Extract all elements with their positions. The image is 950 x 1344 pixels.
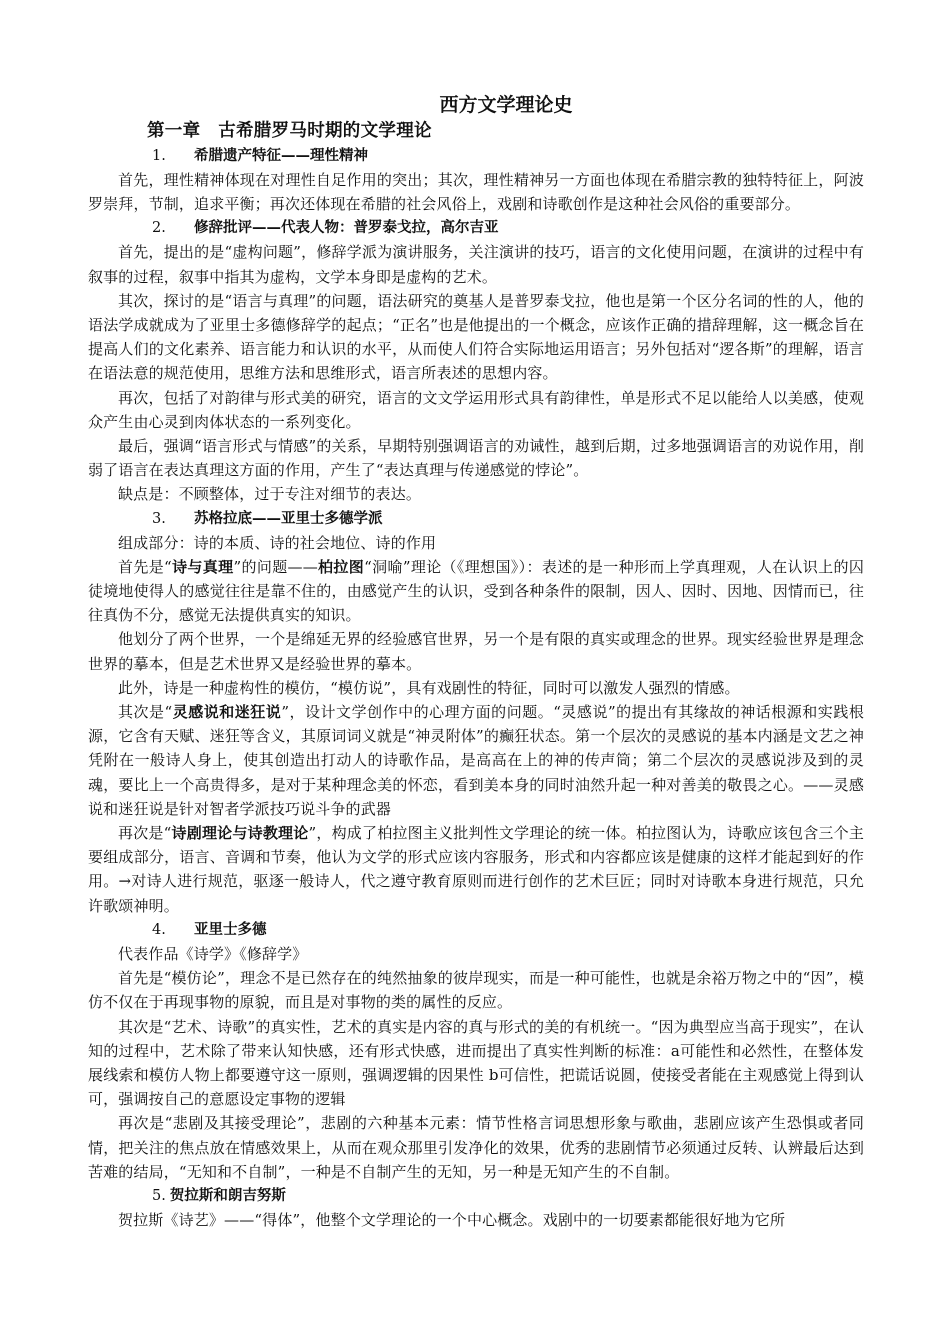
chapter-heading: 第一章 古希腊罗马时期的文学理论 (147, 118, 864, 144)
body-paragraph: 其次是“艺术、诗歌”的真实性，艺术的真实是内容的真与形式的美的有机统一。“因为典… (88, 1015, 864, 1112)
section-title: 修辞批评——代表人物：普罗泰戈拉，高尔吉亚 (194, 220, 499, 236)
body-paragraph: 再次是“悲剧及其接受理论”，悲剧的六种基本元素：情节性格言词思想形象与歌曲，悲剧… (88, 1111, 864, 1184)
section-heading: 4.亚里士多德 (152, 918, 864, 942)
section-title: 苏格拉底——亚里士多德学派 (194, 511, 383, 527)
body-paragraph: 贺拉斯《诗艺》——“得体”，他整个文学理论的一个中心概念。戏剧中的一切要素都能很… (88, 1208, 864, 1232)
document-page: 西方文学理论史 第一章 古希腊罗马时期的文学理论 1.希腊遗产特征——理性精神首… (88, 90, 864, 1232)
section-heading: 1.希腊遗产特征——理性精神 (152, 144, 864, 168)
body-paragraph: 首先是“模仿论”，理念不是已然存在的纯然抽象的彼岸现实，而是一种可能性，也就是余… (88, 966, 864, 1014)
section-title: 贺拉斯和朗吉努斯 (170, 1188, 286, 1204)
section-heading: 3.苏格拉底——亚里士多德学派 (152, 507, 864, 531)
body-paragraph: 再次，包括了对韵律与形式美的研究，语言的文文学运用形式具有韵律性，单是形式不足以… (88, 386, 864, 434)
sections-container: 1.希腊遗产特征——理性精神首先，理性精神体现在对理性自足作用的突出；其次，理性… (88, 144, 864, 1232)
emphasis-term: 柏拉图 (318, 558, 364, 576)
body-paragraph: 缺点是：不顾整体，过于专注对细节的表达。 (88, 482, 864, 506)
body-paragraph: 他划分了两个世界，一个是绵延无界的经验感官世界，另一个是有限的真实或理念的世界。… (88, 627, 864, 675)
body-paragraph: 其次，探讨的是“语言与真理”的问题，语法研究的奠基人是普罗泰戈拉，他也是第一个区… (88, 289, 864, 386)
emphasis-term: 诗与真理 (172, 558, 234, 576)
section-number: 2. (152, 216, 194, 240)
body-paragraph: 首先，理性精神体现在对理性自足作用的突出；其次，理性精神另一方面也体现在希腊宗教… (88, 168, 864, 216)
body-paragraph: 此外，诗是一种虚构性的模仿，“模仿说”，具有戏剧性的特征，同时可以激发人强烈的情… (88, 676, 864, 700)
emphasis-term: 诗剧理论与诗教理论 (171, 824, 308, 842)
section-number: 3. (152, 507, 194, 531)
body-paragraph: 最后，强调“语言形式与情感”的关系，早期特别强调语言的劝诫性，越到后期，过多地强… (88, 434, 864, 482)
section-number: 1. (152, 144, 194, 168)
section-number: 5. (152, 1184, 166, 1208)
section-heading: 2.修辞批评——代表人物：普罗泰戈拉，高尔吉亚 (152, 216, 864, 240)
section-number: 4. (152, 918, 194, 942)
body-paragraph: 组成部分：诗的本质、诗的社会地位、诗的作用 (88, 531, 864, 555)
body-paragraph: 再次是“诗剧理论与诗教理论”，构成了柏拉图主义批判性文学理论的统一体。柏拉图认为… (88, 821, 864, 918)
body-paragraph: 其次是“灵感说和迷狂说”，设计文学创作中的心理方面的问题。“灵感说”的提出有其缘… (88, 700, 864, 821)
body-paragraph: 代表作品《诗学》《修辞学》 (88, 942, 864, 966)
section-heading: 5.贺拉斯和朗吉努斯 (152, 1184, 864, 1208)
emphasis-term: 灵感说和迷狂说 (172, 703, 281, 721)
body-paragraph: 首先，提出的是“虚构问题”，修辞学派为演讲服务，关注演讲的技巧，语言的文化使用问… (88, 240, 864, 288)
section-title: 亚里士多德 (194, 922, 267, 938)
document-title: 西方文学理论史 (88, 92, 864, 118)
body-paragraph: 首先是“诗与真理”的问题——柏拉图“洞喻”理论（《理想国》）：表述的是一种形而上… (88, 555, 864, 628)
section-title: 希腊遗产特征——理性精神 (194, 148, 368, 164)
